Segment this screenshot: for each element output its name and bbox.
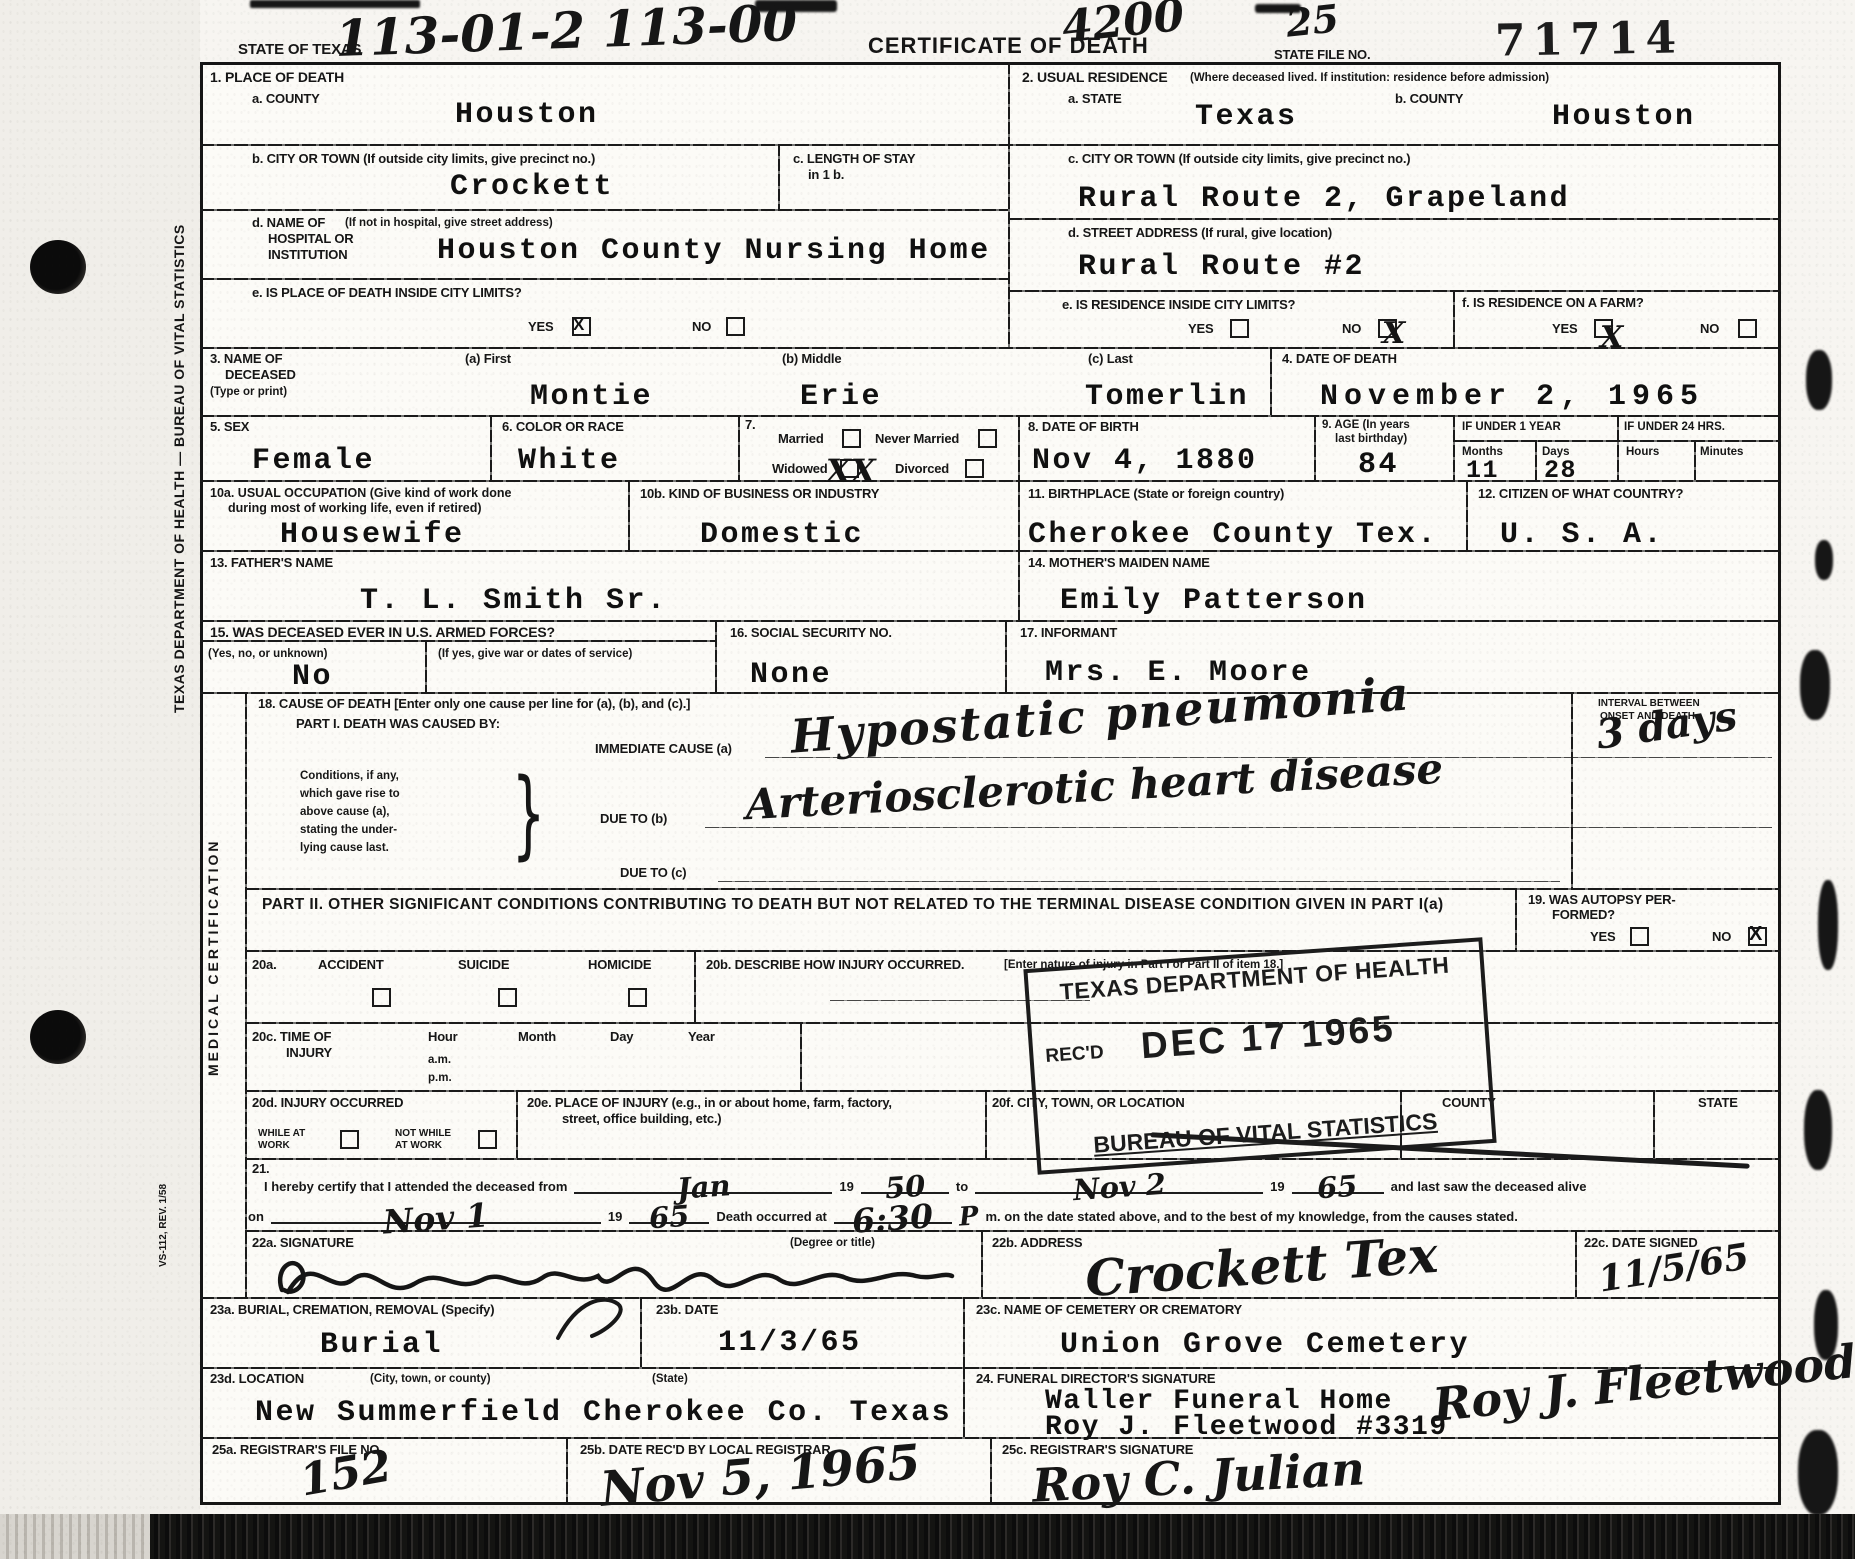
- not-while-at-work-label-1: NOT WHILE: [395, 1128, 451, 1139]
- divider-line: [490, 415, 492, 480]
- scan-bottom-band-corner: [0, 1514, 150, 1559]
- hours-label: Hours: [1626, 446, 1659, 459]
- scan-bottom-band: [0, 1514, 1855, 1559]
- divider-line: [245, 692, 247, 1297]
- scan-artifact: [1806, 350, 1832, 410]
- divider-line: [1005, 620, 1007, 692]
- autopsy-label-1: 19. WAS AUTOPSY PER-: [1528, 893, 1675, 908]
- divider-line: [628, 480, 630, 550]
- write-line: [705, 827, 1772, 828]
- certify-text-to: to: [956, 1179, 968, 1194]
- certify-blank-alive-year: 65: [629, 1202, 709, 1224]
- medical-certification-vertical-label: MEDICAL CERTIFICATION: [206, 742, 222, 1172]
- death-certificate-scan: TEXAS DEPARTMENT OF HEALTH — BUREAU OF V…: [0, 0, 1855, 1559]
- divider-line: [990, 1437, 992, 1502]
- sex-value: Female: [252, 446, 375, 476]
- divider-line: [738, 415, 740, 480]
- residence-title-paren: (Where deceased lived. If institution: r…: [1190, 72, 1549, 85]
- months-value: 11: [1466, 458, 1499, 483]
- divider-line: [1270, 347, 1272, 415]
- yes-label: YES: [528, 320, 553, 335]
- divider-line: [1466, 480, 1468, 550]
- divider-line: [1018, 415, 1020, 480]
- farm-label: f. IS RESIDENCE ON A FARM?: [1462, 296, 1644, 311]
- scan-artifact: [1800, 650, 1830, 720]
- father-name-value: T. L. Smith Sr.: [360, 586, 668, 616]
- burial-location-value: New Summerfield Cherokee Co. Texas: [255, 1398, 952, 1428]
- certify-text-on: on: [248, 1209, 264, 1224]
- handwritten-x-mark: X: [1382, 316, 1405, 351]
- widowed-label: Widowed: [772, 462, 828, 477]
- burial-location-sub-2: (State): [652, 1373, 688, 1386]
- informant-label: 17. INFORMANT: [1020, 626, 1117, 641]
- certify-blank-time: 6:30: [834, 1202, 952, 1224]
- hospital-label: d. NAME OF: [252, 216, 325, 231]
- occupation-label-2: during most of working life, even if ret…: [228, 502, 482, 516]
- due-to-b-label: DUE TO (b): [600, 812, 667, 827]
- x-mark: X: [573, 315, 584, 335]
- citizen-value: U. S. A.: [1500, 520, 1664, 550]
- homicide-label: HOMICIDE: [588, 958, 651, 973]
- stamp-recd-label: REC'D: [1045, 1042, 1105, 1068]
- state-file-no-label: STATE FILE NO.: [1274, 48, 1370, 63]
- last-name-label: (c) Last: [1088, 352, 1133, 367]
- conditions-note-3: above cause (a),: [300, 806, 389, 819]
- place-of-death-title: 1. PLACE OF DEATH: [210, 70, 344, 86]
- married-checkbox: [842, 429, 861, 448]
- certify-year-prefix-3: 19: [608, 1209, 622, 1224]
- part1-label: PART I. DEATH WAS CAUSED BY:: [296, 717, 500, 732]
- street-address-label: d. STREET ADDRESS (If rural, give locati…: [1068, 226, 1332, 241]
- certify-year-prefix-1: 19: [839, 1179, 853, 1194]
- residence-title: 2. USUAL RESIDENCE: [1022, 70, 1168, 86]
- scan-artifact: [1798, 1430, 1838, 1515]
- county-label: a. COUNTY: [252, 92, 320, 107]
- first-name-value: Montie: [530, 382, 653, 412]
- age-label-2: last birthday): [1335, 433, 1407, 446]
- burial-date-label: 23b. DATE: [656, 1303, 718, 1318]
- handwritten-from-date: Jan: [676, 1177, 731, 1198]
- burial-type-value: Burial: [320, 1330, 443, 1360]
- divider-line: [981, 1230, 983, 1297]
- armed-forces-value: No: [292, 662, 333, 692]
- divider-line: [778, 144, 780, 209]
- divider-line: [1008, 290, 1781, 292]
- funeral-director-value: Roy J. Fleetwood #3319: [1045, 1414, 1448, 1442]
- x-mark: X: [1749, 923, 1762, 946]
- residence-state-value: Texas: [1195, 102, 1298, 132]
- certify-line-1: I hereby certify that I attended the dec…: [264, 1172, 1769, 1194]
- marital-label: 7.: [745, 418, 755, 433]
- birthplace-value: Cherokee County Tex.: [1028, 520, 1438, 550]
- divider-line: [200, 692, 1781, 694]
- divider-line: [200, 620, 1781, 622]
- pm-label: p.m.: [428, 1072, 452, 1085]
- middle-name-value: Erie: [800, 382, 882, 412]
- length-of-stay-label-2: in 1 b.: [808, 168, 844, 183]
- divider-line: [566, 1437, 568, 1502]
- place-of-injury-label-2: street, office building, etc.): [562, 1112, 721, 1127]
- autopsy-yes-checkbox: [1630, 927, 1649, 946]
- divider-line: [1694, 440, 1696, 480]
- married-label: Married: [778, 432, 824, 447]
- date-of-death-label: 4. DATE OF DEATH: [1282, 352, 1397, 367]
- handwritten-alive-year: 65: [649, 1208, 690, 1228]
- certify-blank-from-year: 50: [861, 1172, 949, 1194]
- divider-line: [715, 620, 717, 692]
- certify-year-prefix-2: 19: [1270, 1179, 1284, 1194]
- burial-date-value: 11/3/65: [718, 1328, 862, 1358]
- certify-blank-from: Jan: [574, 1172, 832, 1194]
- handwritten-number-2: 25: [1284, 0, 1341, 43]
- divider-line: [985, 1090, 987, 1158]
- residence-county-value: Houston: [1552, 102, 1696, 132]
- residence-city-label: c. CITY OR TOWN (If outside city limits,…: [1068, 152, 1410, 167]
- father-name-label: 13. FATHER'S NAME: [210, 556, 333, 571]
- funeral-director-label: 24. FUNERAL DIRECTOR'S SIGNATURE: [976, 1372, 1215, 1387]
- days-value: 28: [1544, 458, 1577, 483]
- residence-city-value: Rural Route 2, Grapeland: [1078, 184, 1570, 214]
- due-to-c-label: DUE TO (c): [620, 866, 686, 881]
- hour-label: Hour: [428, 1030, 458, 1045]
- state-file-number: 71714: [1495, 12, 1684, 66]
- immediate-cause-label: IMMEDIATE CAUSE (a): [595, 742, 732, 757]
- hospital-value: Houston County Nursing Home: [437, 236, 991, 266]
- injury-describe-label: 20b. DESCRIBE HOW INJURY OCCURRED.: [706, 958, 964, 973]
- armed-forces-label: 15. WAS DECEASED EVER IN U.S. ARMED FORC…: [210, 625, 555, 641]
- divider-line: [963, 1367, 965, 1437]
- manner-label: 20a.: [252, 958, 277, 973]
- place-of-injury-label-1: 20e. PLACE OF INJURY (e.g., in or about …: [527, 1096, 892, 1111]
- write-line: [718, 881, 1560, 882]
- divider-line: [640, 1297, 642, 1367]
- day-label: Day: [610, 1030, 633, 1045]
- date-of-birth-label: 8. DATE OF BIRTH: [1028, 420, 1139, 435]
- divider-line: [245, 888, 1781, 890]
- hospital-label-3: INSTITUTION: [268, 248, 347, 263]
- handwritten-xx-mark: XX: [826, 452, 876, 490]
- form-code-vertical-label: VS-112, REV. 1/58: [158, 1150, 169, 1300]
- divorced-checkbox: [965, 459, 984, 478]
- cause-of-death-label: 18. CAUSE OF DEATH [Enter only one cause…: [258, 697, 690, 712]
- minutes-label: Minutes: [1700, 446, 1743, 459]
- not-while-at-work-checkbox: [478, 1130, 497, 1149]
- divider-line: [1515, 888, 1517, 950]
- age-label-1: 9. AGE (In years: [1322, 419, 1410, 432]
- time-of-injury-label-2: INJURY: [286, 1046, 332, 1061]
- occupation-label-1: 10a. USUAL OCCUPATION (Give kind of work…: [210, 487, 511, 501]
- not-while-at-work-label-2: AT WORK: [395, 1140, 442, 1151]
- race-label: 6. COLOR OR RACE: [502, 420, 624, 435]
- handwritten-alive-date: Nov 1: [382, 1205, 489, 1232]
- divider-line: [1535, 440, 1537, 480]
- divider-line: [694, 950, 696, 1022]
- divider-line: [1453, 290, 1455, 347]
- handwritten-district-code: 113-01-2 113-00: [334, 0, 798, 64]
- agency-vertical-label: TEXAS DEPARTMENT OF HEALTH — BUREAU OF V…: [172, 228, 188, 713]
- under-24-hrs-label: IF UNDER 24 HRS.: [1624, 421, 1725, 434]
- while-at-work-label-2: WORK: [258, 1140, 290, 1151]
- no-label: NO: [1342, 322, 1361, 337]
- name-title-3: (Type or print): [210, 386, 287, 399]
- name-title-1: 3. NAME OF: [210, 352, 282, 367]
- handwritten-to-year: 65: [1317, 1178, 1358, 1198]
- certify-line-2: on Nov 1 19 65 Death occurred at 6:30 P …: [248, 1202, 1773, 1224]
- divider-line: [245, 1022, 1781, 1024]
- divider-line: [1575, 1230, 1577, 1297]
- certify-blank-alive-date: Nov 1: [271, 1202, 601, 1224]
- homicide-checkbox: [628, 988, 647, 1007]
- autopsy-no-checkbox: X: [1748, 927, 1767, 946]
- no-label: NO: [1700, 322, 1719, 337]
- left-page-margin: [0, 0, 200, 1559]
- divider-line: [1453, 415, 1455, 480]
- handwritten-x-mark: X: [1600, 320, 1623, 355]
- handwritten-number: 4200: [1060, 0, 1186, 50]
- certify-text-1: I hereby certify that I attended the dec…: [264, 1179, 567, 1194]
- industry-value: Domestic: [700, 520, 864, 550]
- city-label: b. CITY OR TOWN (If outside city limits,…: [252, 152, 595, 167]
- divider-line: [800, 1022, 802, 1090]
- divider-line: [200, 415, 1781, 417]
- signature-flourish: [548, 1290, 638, 1342]
- divider-line: [425, 640, 427, 692]
- divider-line: [1008, 62, 1010, 347]
- time-of-injury-label-1: 20c. TIME OF: [252, 1030, 331, 1045]
- cemetery-value: Union Grove Cemetery: [1060, 1330, 1470, 1360]
- no-label: NO: [692, 320, 711, 335]
- certify-blank-to: Nov 2: [975, 1172, 1263, 1194]
- conditions-note-1: Conditions, if any,: [300, 770, 399, 783]
- divider-line: [200, 209, 1008, 211]
- handwritten-death-time: 6:30: [852, 1206, 934, 1231]
- citizen-label: 12. CITIZEN OF WHAT COUNTRY?: [1478, 487, 1683, 502]
- divider-line: [200, 278, 1008, 280]
- while-at-work-label-1: WHILE AT: [258, 1128, 305, 1139]
- divider-line: [1314, 415, 1316, 480]
- certify-blank-to-year: 65: [1292, 1172, 1384, 1194]
- injury-state-label: STATE: [1698, 1096, 1738, 1111]
- year-label: Year: [688, 1030, 715, 1045]
- conditions-note-4: stating the under-: [300, 824, 397, 837]
- hole-punch-bottom: [30, 1010, 86, 1064]
- city-value: Crockett: [450, 172, 614, 202]
- sex-label: 5. SEX: [210, 420, 249, 435]
- divider-line: [1008, 218, 1781, 220]
- residence-county-label: b. COUNTY: [1395, 92, 1463, 107]
- residence-city-limits-yes-checkbox: [1230, 319, 1249, 338]
- address-label: 22b. ADDRESS: [992, 1236, 1082, 1251]
- hospital-label-paren: (If not in hospital, give street address…: [345, 217, 553, 230]
- age-value: 84: [1358, 450, 1399, 480]
- burial-location-sub-1: (City, town, or county): [370, 1373, 491, 1386]
- accident-checkbox: [372, 988, 391, 1007]
- residence-city-limits-label: e. IS RESIDENCE INSIDE CITY LIMITS?: [1062, 298, 1295, 313]
- divider-line: [245, 950, 1781, 952]
- burial-location-label: 23d. LOCATION: [210, 1372, 304, 1387]
- hole-punch-top: [30, 240, 86, 294]
- yes-label: YES: [1590, 930, 1615, 945]
- burial-type-label: 23a. BURIAL, CREMATION, REMOVAL (Specify…: [210, 1303, 494, 1318]
- no-label: NO: [1712, 930, 1731, 945]
- never-married-label: Never Married: [875, 432, 959, 447]
- handwritten-from-year: 50: [884, 1178, 925, 1198]
- handwritten-to-date: Nov 2: [1072, 1176, 1166, 1200]
- ssn-value: None: [750, 660, 832, 690]
- divider-line: [1018, 550, 1020, 620]
- autopsy-label-2: FORMED?: [1552, 908, 1615, 923]
- ssn-label: 16. SOCIAL SECURITY NO.: [730, 626, 892, 641]
- middle-name-label: (b) Middle: [782, 352, 841, 367]
- certify-text-2: and last saw the deceased alive: [1391, 1179, 1587, 1194]
- divider-line: [200, 144, 1781, 146]
- date-of-death-value: November 2, 1965: [1320, 382, 1704, 412]
- armed-forces-sub-1: (Yes, no, or unknown): [208, 648, 327, 661]
- divider-line: [1617, 415, 1619, 480]
- under-1-year-label: IF UNDER 1 YEAR: [1462, 421, 1561, 434]
- accident-label: ACCIDENT: [318, 958, 384, 973]
- death-city-limits-no-checkbox: [726, 317, 745, 336]
- date-of-birth-value: Nov 4, 1880: [1032, 446, 1258, 476]
- divider-line: [516, 1090, 518, 1158]
- conditions-note-5: lying cause last.: [300, 842, 389, 855]
- month-label: Month: [518, 1030, 556, 1045]
- scan-artifact: [1804, 1090, 1832, 1170]
- street-address-value: Rural Route #2: [1078, 252, 1365, 282]
- hospital-label-2: HOSPITAL OR: [268, 232, 353, 247]
- certify-text-occurred: Death occurred at: [716, 1209, 827, 1224]
- first-name-label: (a) First: [465, 352, 511, 367]
- length-of-stay-label: c. LENGTH OF STAY: [793, 152, 915, 167]
- county-value: Houston: [455, 100, 599, 130]
- death-city-limits-yes-checkbox: X: [572, 317, 591, 336]
- death-city-limits-label: e. IS PLACE OF DEATH INSIDE CITY LIMITS?: [252, 286, 522, 301]
- scan-artifact: [1815, 540, 1833, 580]
- divider-line: [1653, 1090, 1655, 1158]
- residence-state-label: a. STATE: [1068, 92, 1122, 107]
- certify-text-3: m. on the date stated above, and to the …: [985, 1209, 1517, 1224]
- divider-line: [1018, 480, 1020, 550]
- last-name-value: Tomerlin: [1085, 382, 1249, 412]
- brace-glyph: }: [512, 758, 546, 870]
- part2-label: PART II. OTHER SIGNIFICANT CONDITIONS CO…: [262, 896, 1444, 913]
- occupation-value: Housewife: [280, 520, 465, 550]
- suicide-checkbox: [498, 988, 517, 1007]
- farm-no-checkbox: [1738, 319, 1757, 338]
- yes-label: YES: [1552, 322, 1577, 337]
- am-label: a.m.: [428, 1054, 451, 1067]
- birthplace-label: 11. BIRTHPLACE (State or foreign country…: [1028, 487, 1284, 502]
- divider-line: [1571, 692, 1573, 888]
- name-title-2: DECEASED: [225, 368, 296, 383]
- yes-label: YES: [1188, 322, 1213, 337]
- handwritten-am-pm: P: [958, 1210, 979, 1227]
- divider-line: [963, 1297, 965, 1367]
- divider-line: [245, 1090, 1781, 1092]
- scan-artifact: [1818, 880, 1838, 970]
- race-value: White: [518, 446, 621, 476]
- suicide-label: SUICIDE: [458, 958, 509, 973]
- mother-name-label: 14. MOTHER'S MAIDEN NAME: [1028, 556, 1210, 571]
- stamp-date: DEC 17 1965: [1140, 1008, 1397, 1068]
- conditions-note-2: which gave rise to: [300, 788, 400, 801]
- never-married-checkbox: [978, 429, 997, 448]
- divider-line: [200, 347, 1781, 349]
- armed-forces-sub-2: (If yes, give war or dates of service): [438, 648, 632, 661]
- injury-occurred-label: 20d. INJURY OCCURRED: [252, 1096, 403, 1111]
- while-at-work-checkbox: [340, 1130, 359, 1149]
- mother-name-value: Emily Patterson: [1060, 586, 1368, 616]
- divorced-label: Divorced: [895, 462, 949, 477]
